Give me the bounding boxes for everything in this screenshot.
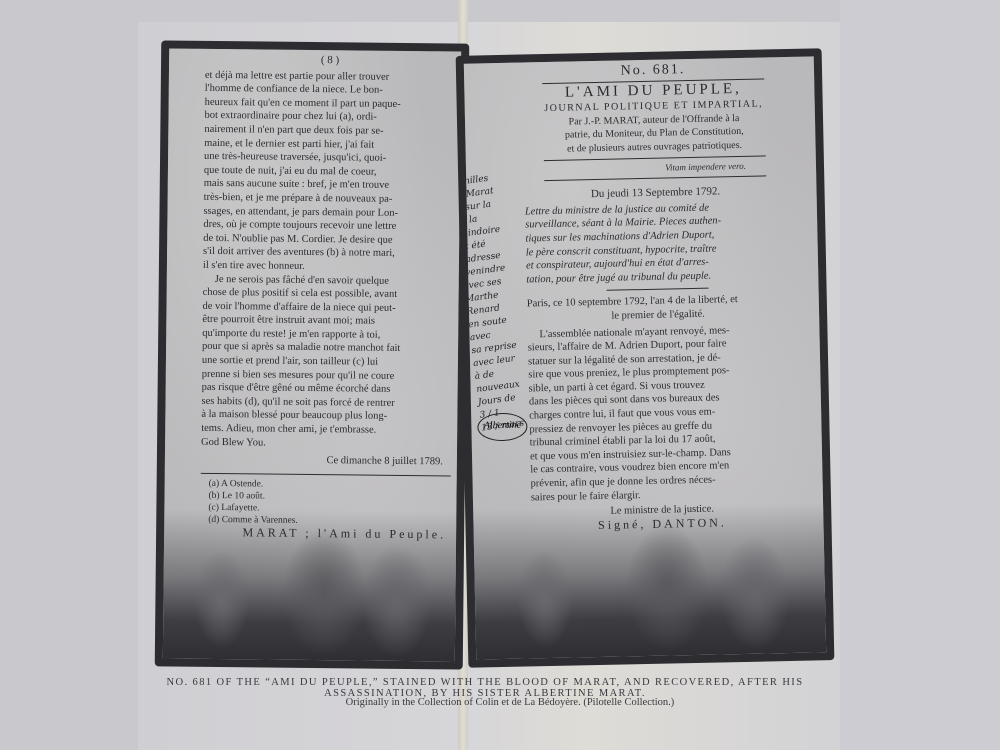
marat-signature: MARAT ; l'Ami du Peuple. <box>200 526 450 542</box>
page-number: ( 8 ) <box>205 53 455 69</box>
text-line: God Blew You. <box>201 435 451 451</box>
figure-credit: Originally in the Collection of Colin et… <box>230 697 790 708</box>
right-page-text: No. 681. L'AMI DU PEUPLE, JOURNAL POLITI… <box>522 61 794 534</box>
background-surface <box>840 0 1000 750</box>
motto: Vitam impendere vero. <box>524 159 786 178</box>
letter-body: L'assemblée nationale m'ayant renvoyé, m… <box>527 322 793 504</box>
document-page-left: ( 8 ) et déjà ma lettre est partie pour … <box>155 40 470 669</box>
divider <box>201 473 451 477</box>
document-page-right: Familles de Marat et sur la de la baindo… <box>456 48 835 668</box>
divider <box>607 288 709 291</box>
dateline: Ce dimanche 8 juillet 1789. <box>201 453 443 469</box>
summary: Lettre du ministre de la justice au comi… <box>525 200 789 287</box>
left-page-body: et déjà ma lettre est partie pour aller … <box>201 68 455 451</box>
footnotes: (a) A Ostende. (b) Le 10 août. (c) Lafay… <box>200 478 450 529</box>
figure-caption: NO. 681 OF THE “AMI DU PEUPLE,” STAINED … <box>160 677 810 699</box>
left-page-text: ( 8 ) et déjà ma lettre est partie pour … <box>200 53 455 542</box>
